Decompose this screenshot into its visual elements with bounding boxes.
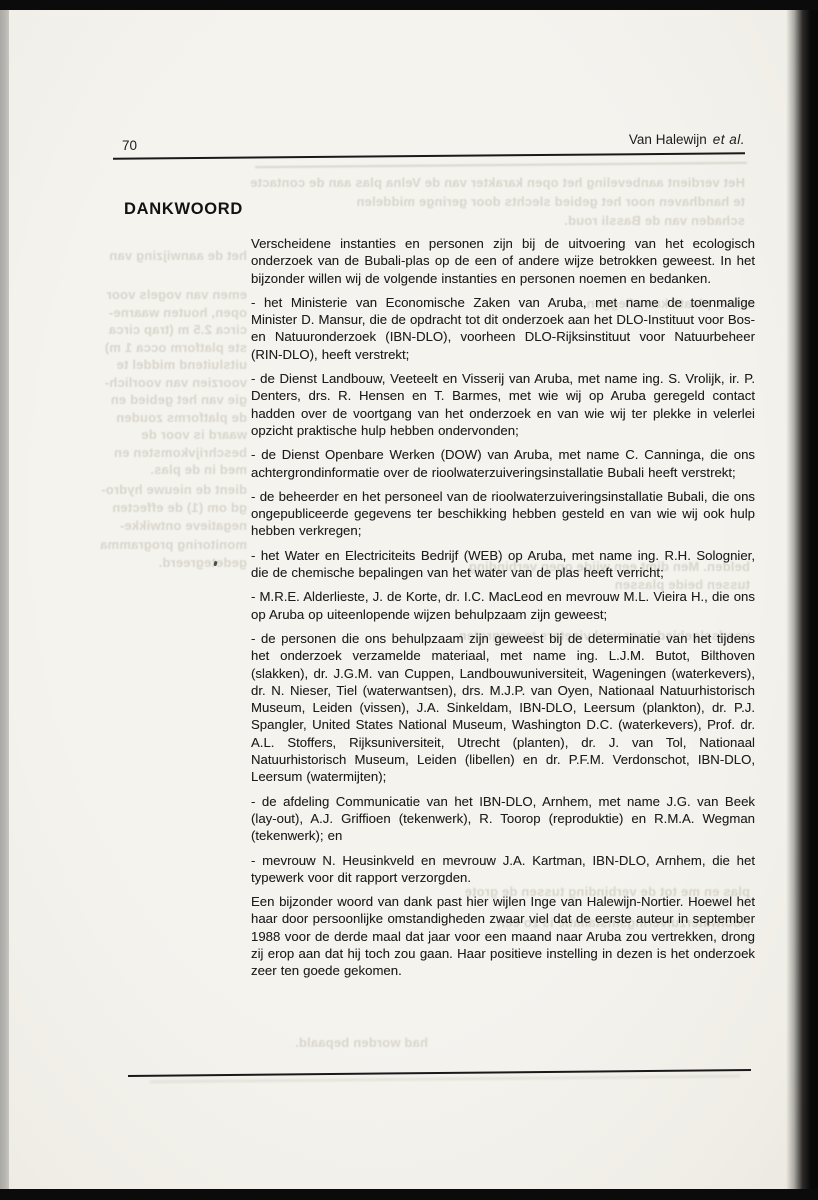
body-paragraph: - de personen die ons behulpzaam zijn ge…: [251, 630, 755, 786]
bleedthrough-text: gd om (1) de effecten: [89, 500, 247, 515]
scan-edge-left: [0, 10, 9, 1189]
running-title-et-al: et al.: [713, 132, 745, 147]
section-heading: DANKWOORD: [124, 200, 243, 219]
bleedthrough-text: waard is voor de: [89, 427, 247, 442]
bleedthrough-text: circa 2.5 m (trap circa: [89, 322, 247, 337]
bleedthrough-text: Het verdient aanbeveling het open karakt…: [245, 175, 745, 190]
body-paragraph: - mevrouw N. Heusinkveld en mevrouw J.A.…: [251, 852, 755, 887]
bleedthrough-text: emen van vogels voor: [89, 287, 247, 302]
body-paragraph: - het Ministerie van Economische Zaken v…: [251, 294, 755, 363]
bleedthrough-text: dient de nieuwe hydro-: [89, 482, 247, 497]
bleedthrough-text: gie van het gebied en: [89, 392, 247, 407]
body-paragraph: - de Dienst Landbouw, Veeteelt en Visser…: [251, 370, 755, 439]
bleedthrough-text: beschrijvkomsten en: [89, 445, 247, 460]
bleedthrough-text: negatieve ontwikke-: [89, 518, 247, 533]
acknowledgements-body: Verscheidene instanties en personen zijn…: [251, 235, 755, 987]
page-number: 70: [122, 138, 137, 153]
scanned-book-page: Het verdient aanbeveling het open karakt…: [0, 0, 818, 1200]
body-paragraph: - de Dienst Openbare Werken (DOW) van Ar…: [251, 446, 755, 481]
body-paragraph: Verscheidene instanties en personen zijn…: [251, 235, 755, 287]
bleedthrough-text: de platforms zouden: [89, 410, 247, 425]
bleedthrough-text: schaden van de Bassli roud.: [245, 213, 745, 228]
body-paragraph: - de beheerder en het personeel van de r…: [251, 488, 755, 540]
scan-edge-right: [786, 10, 818, 1189]
bleedthrough-text: open, houten waarne-: [89, 305, 247, 320]
bleedthrough-text: te handhaven noor het gebied slechts doo…: [245, 194, 745, 209]
scan-edge-bottom: [0, 1189, 818, 1200]
bleedthrough-text: had worden bepaald.: [258, 1035, 428, 1050]
bleedthrough-text: voorzien van voorlich-: [89, 375, 247, 390]
running-title-authors: Van Halewijn: [629, 132, 707, 147]
running-title: Van Halewijnet al.: [629, 132, 745, 147]
body-paragraph: - M.R.E. Alderlieste, J. de Korte, dr. I…: [251, 588, 755, 623]
body-paragraph: Een bijzonder woord van dank past hier w…: [251, 893, 755, 979]
bleedthrough-text: med in de plas.: [89, 462, 247, 477]
bleedthrough-text: gedetegreerd.: [89, 555, 247, 570]
bleedthrough-text: uitsluitend middel te: [89, 357, 247, 372]
body-paragraph: - de afdeling Communicatie van het IBN-D…: [251, 793, 755, 845]
body-paragraph: - het Water en Electriciteits Bedrijf (W…: [251, 547, 755, 582]
bleedthrough-text: monitoring programma: [89, 537, 247, 552]
scan-edge-top: [0, 0, 818, 10]
bleedthrough-text: ste platform occa 1 m): [89, 340, 247, 355]
bleedthrough-text: het de aanwijzing van: [89, 248, 247, 263]
